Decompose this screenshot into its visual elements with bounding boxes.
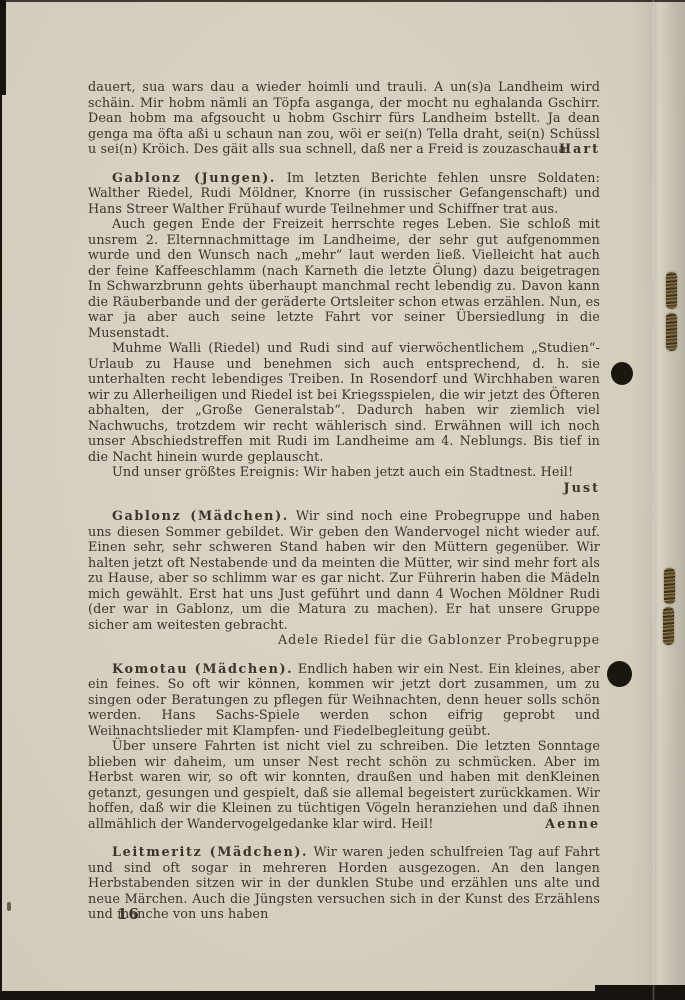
scanned-page: dauert, sua wars dau a wieder hoimli und…	[0, 0, 685, 1000]
section-heading: Komotau (Mädchen).	[112, 662, 293, 677]
scan-edge-left	[0, 0, 2, 1000]
paragraph-text: Und unser größtes Ereignis: Wir haben je…	[112, 465, 573, 480]
section-heading: Gablonz (Jungen).	[112, 171, 276, 186]
scan-edge-bottom	[0, 991, 685, 1000]
section-heading: Gablonz (Mädchen).	[112, 509, 289, 524]
paragraph: dauert, sua wars dau a wieder hoimli und…	[88, 80, 600, 158]
paragraph: Leitmeritz (Mädchen). Wir waren jeden sc…	[88, 845, 600, 923]
scan-edge-bottom-right	[595, 985, 685, 1000]
scan-edge-top	[0, 0, 685, 2]
paragraph: Gablonz (Jungen). Im letzten Berichte fe…	[88, 171, 600, 218]
binding-mark	[666, 313, 677, 351]
hole-punch-mark	[611, 362, 633, 385]
page-number: 16	[117, 905, 140, 923]
paragraph-text: dauert, sua wars dau a wieder hoimli und…	[88, 80, 600, 157]
scan-edge-left-corner	[0, 0, 6, 95]
page-content: dauert, sua wars dau a wieder hoimli und…	[88, 80, 600, 923]
page-crease	[652, 0, 655, 1000]
signature: Just	[88, 481, 600, 497]
paragraph: Muhme Walli (Riedel) und Rudi sind auf v…	[88, 341, 600, 465]
binding-mark	[664, 568, 675, 604]
binding-mark	[666, 272, 677, 309]
hole-punch-mark	[607, 661, 632, 687]
section-heading: Leitmeritz (Mädchen).	[112, 845, 308, 860]
paragraph: Komotau (Mädchen). Endlich haben wir ein…	[88, 662, 600, 740]
paragraph: Auch gegen Ende der Freizeit herrschte r…	[88, 217, 600, 341]
binding-mark	[663, 607, 674, 645]
paragraph-text: Wir sind noch eine Probegruppe und haben…	[88, 509, 600, 633]
paragraph: Gablonz (Mädchen). Wir sind noch eine Pr…	[88, 509, 600, 633]
signature: Adele Riedel für die Gablonzer Probegrup…	[88, 633, 600, 649]
paragraph: Und unser größtes Ereignis: Wir haben je…	[88, 465, 600, 481]
scan-speck	[7, 902, 11, 911]
paragraph-text: Muhme Walli (Riedel) und Rudi sind auf v…	[88, 341, 600, 465]
paragraph-text: Auch gegen Ende der Freizeit herrschte r…	[88, 217, 600, 341]
